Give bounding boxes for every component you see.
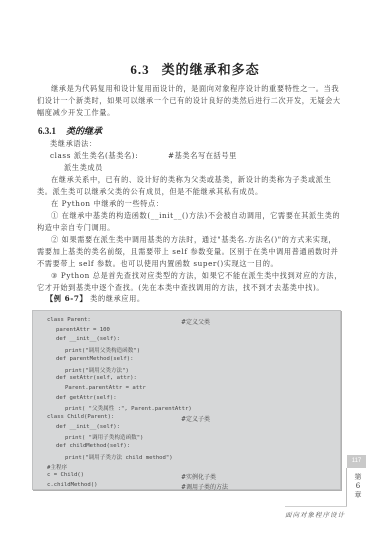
section-heading: 6.3类的继承和多态 — [0, 59, 390, 78]
code-line: Parent.parentAttr = attr — [65, 385, 146, 391]
section-number: 6.3 — [130, 62, 149, 77]
code-line: def parentMethod(self): — [56, 356, 133, 362]
syntax-label: 类继承语法： — [50, 139, 97, 149]
subsection-number: 6.3.1 — [38, 126, 56, 136]
code-comment: #调用子类的方法 — [181, 482, 228, 491]
example-heading: 【例 6-7】 类的继承应用。 — [46, 294, 145, 304]
code-line: print("调用父类构造函数") — [65, 346, 140, 354]
book-title: 面向对象程序设计 — [285, 510, 345, 519]
margin-divider — [346, 468, 347, 506]
code-line: def __init__(self): — [56, 336, 120, 342]
chapter-char-2: 6 — [353, 482, 363, 491]
code-line: c.childMethod() — [47, 482, 98, 488]
code-line: c = Child() — [47, 472, 84, 478]
code-line: parentAttr = 100 — [56, 327, 110, 333]
code-line: def __init__(self): — [56, 424, 120, 430]
page-number: 117 — [347, 455, 366, 468]
code-comment: #定义父类 — [181, 317, 210, 326]
chapter-label: 第 6 章 — [353, 473, 363, 500]
code-block: class Parent:#定义父类parentAttr = 100def __… — [32, 310, 341, 490]
syntax-line-2: 派生类成员 — [64, 163, 103, 173]
code-line: def childMethod(self): — [56, 443, 130, 449]
code-line: def setAttr(self, attr): — [56, 375, 137, 381]
chapter-char-3: 章 — [353, 491, 363, 500]
code-comment: #定义子类 — [181, 414, 210, 423]
body-paragraph-5: ③ Python 总是首先查找对应类型的方法，如果它不能在派生类中找到对应的方法… — [37, 270, 343, 294]
code-line: print( "调用子类构造函数") — [65, 433, 143, 441]
example-label: 【例 6-7】 — [46, 294, 87, 303]
subsection-title: 类的继承 — [66, 127, 102, 137]
code-comment: #实例化子类 — [181, 472, 216, 481]
code-line: class Parent: — [47, 317, 91, 323]
body-paragraph-4: ② 如果需要在派生类中调用基类的方法时，通过"基类名.方法名()"的方式来实现，… — [37, 234, 343, 271]
intro-paragraph: 继承是为代码复用和设计复用而设计的，是面向对象程序设计的重要特性之一。当我们设计… — [37, 83, 343, 120]
code-line: class Child(Parent): — [47, 414, 114, 420]
syntax-line-1: class 派生类名(基类名): — [50, 151, 138, 161]
subsection-heading: 6.3.1类的继承 — [38, 124, 102, 137]
code-line: print("调用子类方法 child method") — [65, 453, 173, 461]
body-paragraph-1: 在继承关系中，已有的、设计好的类称为父类或基类，新设计的类称为子类或派生类。派生… — [37, 174, 343, 198]
code-line: print("调用父类方法") — [65, 366, 129, 374]
footer-divider — [285, 506, 347, 507]
code-line: print( "父类属性 :", Parent.parentAttr) — [65, 404, 192, 412]
example-caption: 类的继承应用。 — [90, 294, 145, 303]
body-paragraph-2: 在 Python 中继承的一些特点： — [37, 198, 343, 210]
body-paragraph-3: ① 在继承中基类的构造函数(__init__()方法)不会被自动调用，它需要在其… — [37, 210, 343, 234]
syntax-comment: #基类名写在括号里 — [168, 151, 237, 161]
code-line: def getAttr(self): — [56, 395, 117, 401]
code-line: #主程序 — [47, 463, 67, 471]
section-title: 类的继承和多态 — [162, 63, 260, 78]
chapter-char-1: 第 — [353, 473, 363, 482]
